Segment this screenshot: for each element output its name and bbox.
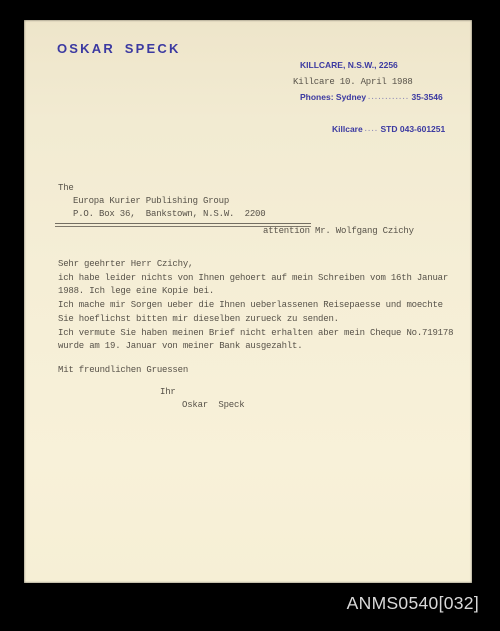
recipient-block: The Europa Kurier Publishing Group P.O. … (58, 182, 311, 227)
letterhead-contact-block: KILLCARE, N.S.W., 2256 Phones: Sydney...… (300, 39, 445, 157)
letterhead-phone-killcare: Killcare....STD 043-601251 (300, 124, 445, 136)
phones-label: Phones: (300, 92, 336, 102)
letterhead-name: OSKAR SPECK (57, 41, 181, 56)
leader-dots: .... (363, 126, 381, 133)
scan-background: OSKAR SPECK KILLCARE, N.S.W., 2256 Phone… (0, 0, 500, 631)
attention-line: attention Mr. Wolfgang Czichy (263, 226, 414, 236)
date-line: Killcare 10. April 1988 (293, 77, 413, 87)
recipient-line-organisation: Europa Kurier Publishing Group (73, 195, 311, 208)
letterhead-address: KILLCARE, N.S.W., 2256 (300, 60, 445, 71)
leader-dots: ............ (366, 94, 411, 101)
phone-sydney-number: 35-3546 (412, 92, 443, 102)
phone-killcare-place: Killcare (332, 124, 363, 134)
body-paragraph: ich habe leider nichts von Ihnen gehoert… (58, 272, 458, 299)
body-paragraph: Ich vermute Sie haben meinen Brief nicht… (58, 327, 458, 354)
archive-reference-caption: ANMS0540[032] (347, 593, 479, 614)
signoff-pronoun: Ihr (160, 386, 458, 400)
phone-sydney-place: Sydney (336, 92, 366, 102)
body-paragraph: Ich mache mir Sorgen ueber die Ihnen ueb… (58, 299, 458, 326)
phone-killcare-number: STD 043-601251 (381, 124, 446, 134)
signoff-name: Oskar Speck (182, 399, 458, 413)
letter-body: Sehr geehrter Herr Czichy, ich habe leid… (58, 258, 458, 413)
closing-line: Mit freundlichen Gruessen (58, 364, 458, 378)
salutation: Sehr geehrter Herr Czichy, (58, 258, 458, 272)
letterhead-phone-sydney: Phones: Sydney............35-3546 (300, 92, 445, 104)
recipient-line-address: P.O. Box 36, Bankstown, N.S.W. 2200 (73, 208, 311, 221)
letter-document: OSKAR SPECK KILLCARE, N.S.W., 2256 Phone… (24, 20, 472, 583)
recipient-line-the: The (58, 182, 311, 195)
